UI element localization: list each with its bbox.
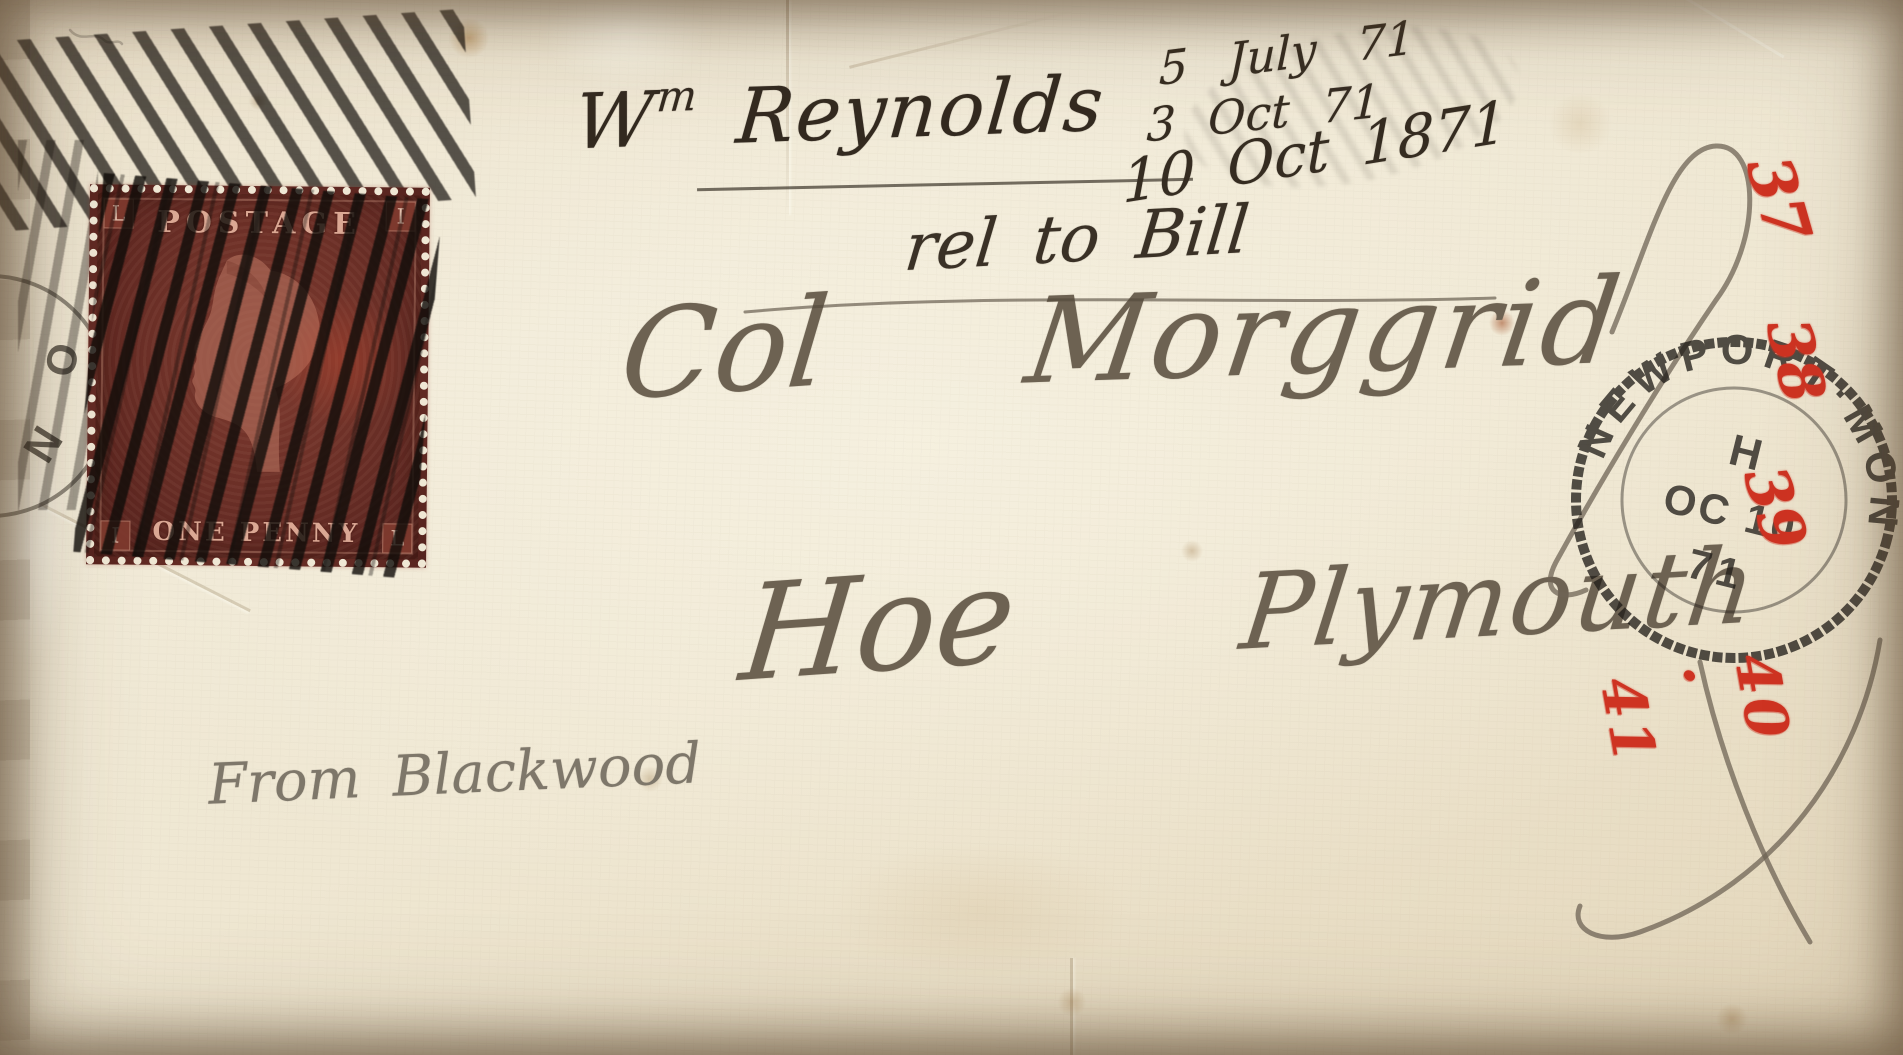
address-locality: Hoe [734,538,1022,713]
stain-patch [830,840,1130,980]
stain-spot [1180,540,1204,562]
penny-red-stamp: POSTAGE ONE PENNY L I I L [86,184,430,568]
envelope-front: O N POSTAGE ONE PENNY L I I L Wm Reynold… [0,0,1903,1055]
stain-spot [1714,1004,1750,1034]
name-superscript: m [655,71,701,122]
sender-name-annotation: Wm Reynolds [571,57,1109,167]
red-docket-number-1: 37 [1732,148,1826,251]
name-surname: Reynolds [733,59,1108,161]
stain-spot [1056,988,1088,1016]
address-rank: Col [615,270,835,428]
name-initial: W [571,74,659,166]
crease-top-right [1624,0,1784,58]
stamp-body: POSTAGE ONE PENNY L I I L [86,184,430,568]
pencil-provenance-note: From Blackwood [207,731,703,817]
barred-cancel-over-stamp [73,173,442,579]
name-underline [697,178,1193,191]
stain-patch [1545,95,1615,153]
cds-year-line: 71 [1683,539,1751,599]
newport-mon-datestamp: NEWPORT·MON H OC 10 71 [1562,328,1903,672]
